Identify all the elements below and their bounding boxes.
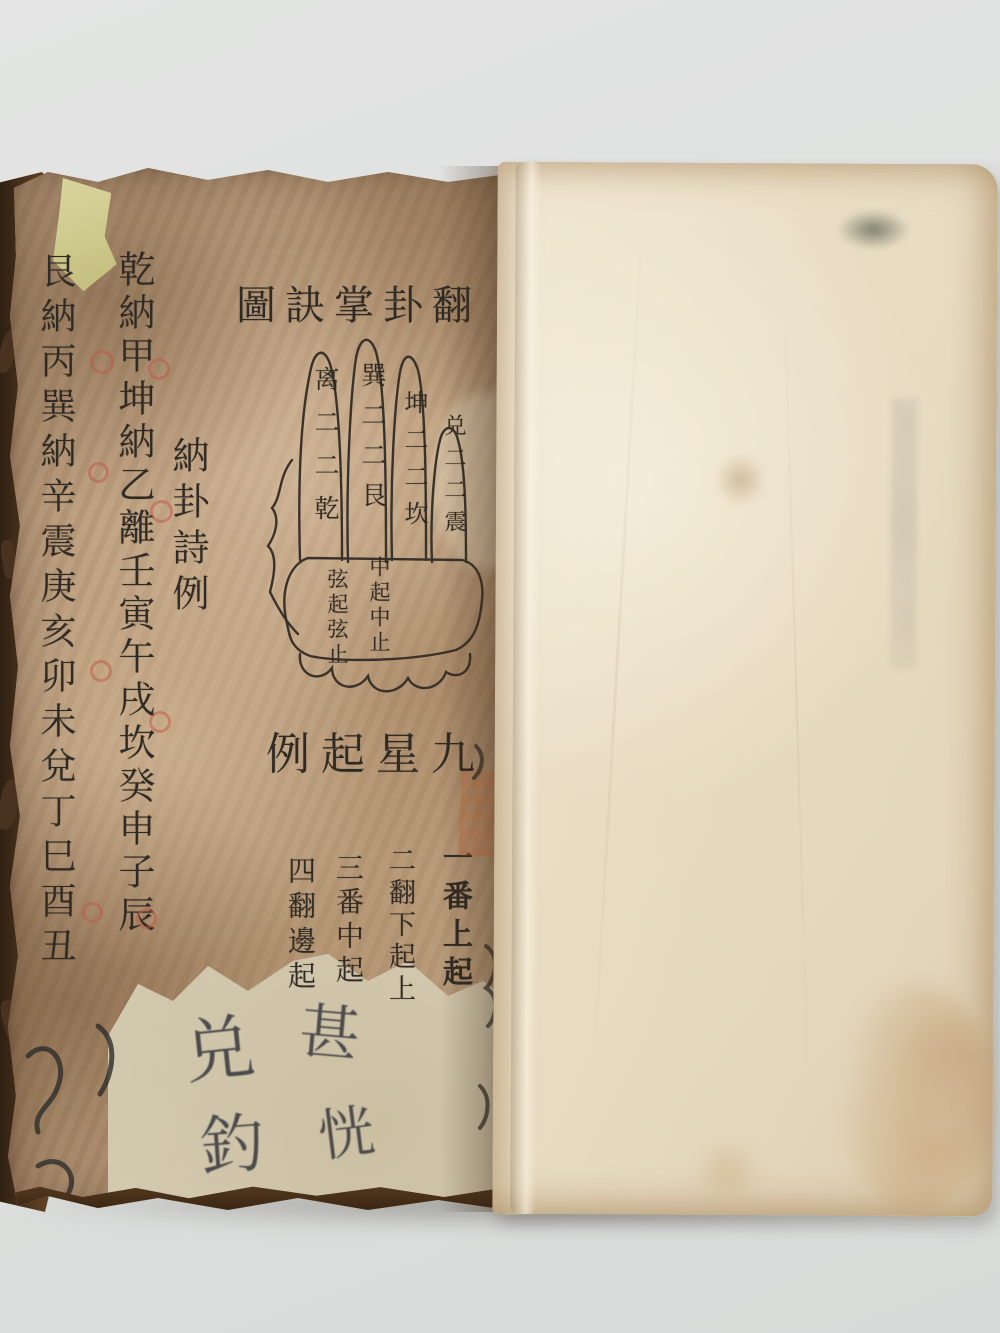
nine-star-column-4: 四翻邊起 [280,856,320,996]
red-circle-mark [90,350,114,374]
cursive-char: 甚 [296,984,363,1075]
brown-stain-center [712,455,768,505]
gray-green-stain [837,209,909,249]
red-circle-mark [82,902,103,923]
palm-formula-right: 中起中止 [364,556,394,656]
right-page [492,162,998,1217]
manuscript-photo: 圖訣掌卦翻 乾納甲坤納乙離壬寅午戌坎癸申子辰 艮納丙巽納辛震庚亥卯未兌丁巳酉丑 … [0,0,1000,1333]
thumb-outline [268,460,298,634]
partial-ink-strokes [8,1016,158,1206]
brown-stain-bottom [682,1143,772,1203]
red-circle-mark [136,908,157,929]
page-curl-highlight [510,162,542,1214]
nine-star-column-2: 二翻下起上 [380,846,419,1006]
red-circle-mark [88,462,109,483]
nine-star-column-3: 三番中起 [328,853,368,989]
red-circle-mark [150,500,173,523]
paper-crease [589,223,644,1122]
red-circle-mark [90,660,112,682]
najia-verse-line-2: 艮納丙巽納辛震庚亥卯未兌丁巳酉丑 [30,252,81,942]
palm-formula-left: 弦起弦止 [322,568,352,668]
ink-bleed-through [890,399,917,669]
paper-crease [783,283,809,1083]
red-circle-mark [149,711,171,733]
cursive-char: 兑 [179,991,259,1099]
finger-label-index: 离二二乾 [307,366,343,538]
cursive-char: 恍 [313,1087,378,1173]
finger-label-middle: 巽二二艮 [354,362,390,522]
najia-verse-line-1: 乾納甲坤納乙離壬寅午戌坎癸申子辰 [106,250,160,950]
cursive-char: 釣 [197,1092,267,1188]
brown-stain-bottom-right [842,984,993,1215]
red-circle-mark [148,358,170,380]
finger-label-ring: 坤二二坎 [397,390,432,538]
najia-verse-label: 納卦詩例 [160,436,214,636]
